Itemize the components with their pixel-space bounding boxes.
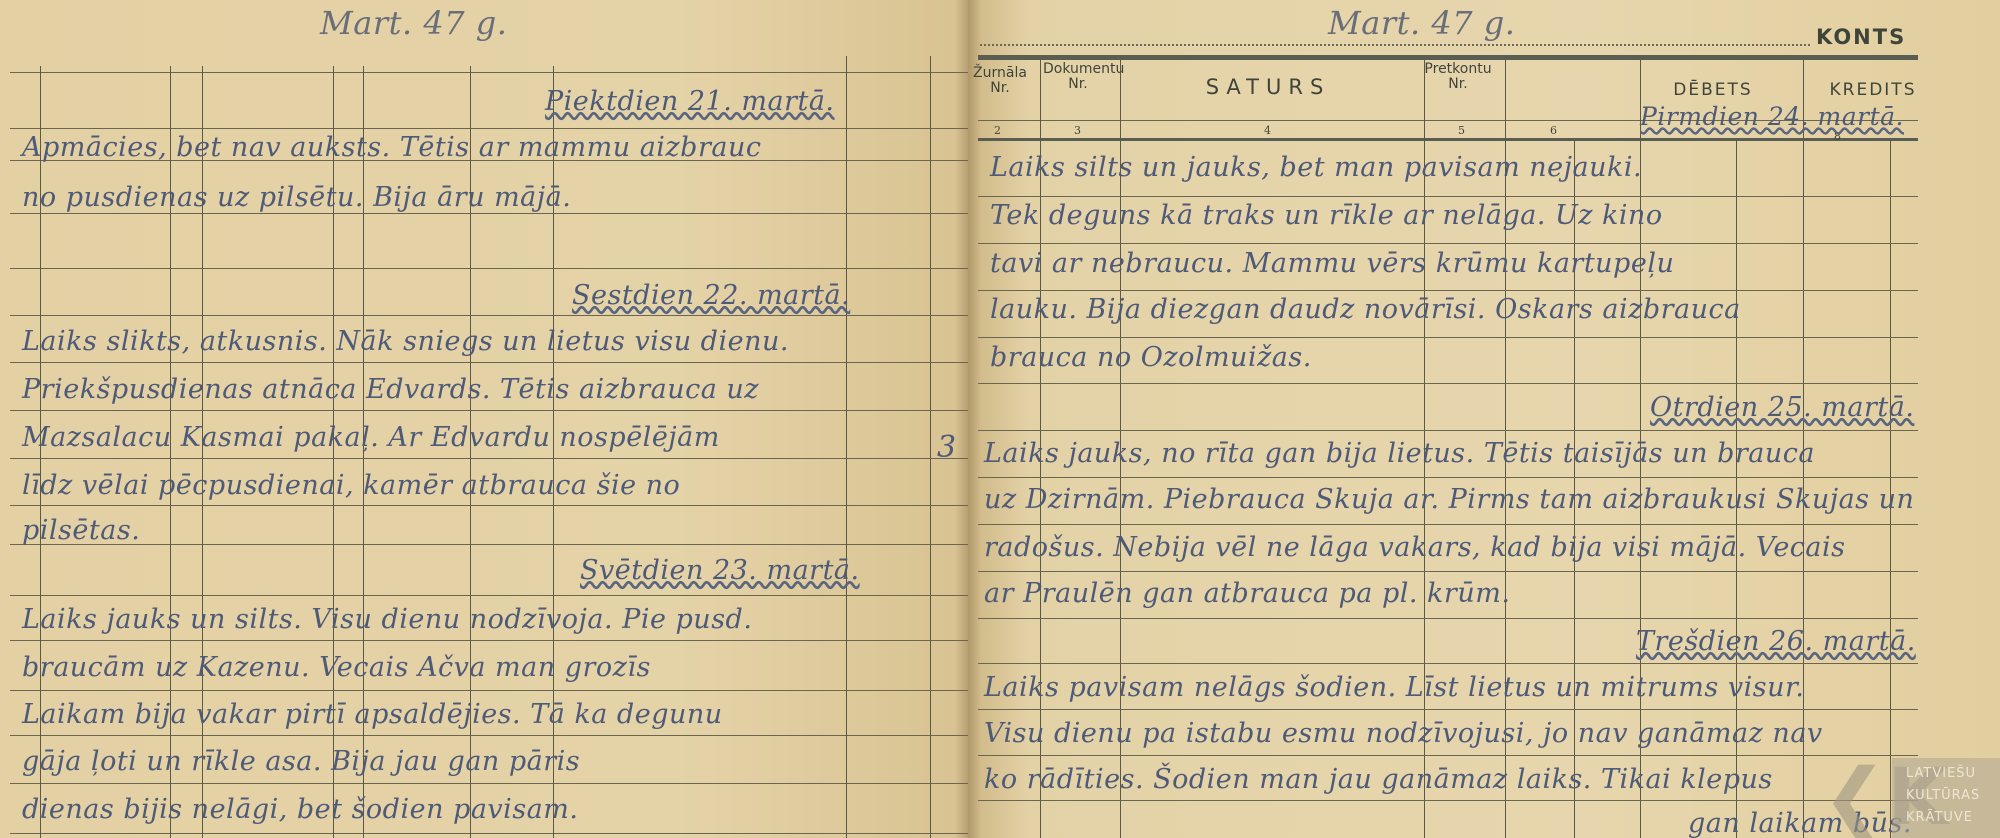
col-num: 4 <box>1264 124 1271 137</box>
title-dotted-line <box>980 44 1810 46</box>
rule <box>10 735 968 736</box>
book-gutter <box>955 0 981 838</box>
rule <box>978 477 1918 478</box>
col-header-kredits: KREDITS <box>1808 82 1938 100</box>
entry-line: brauca no Ozolmuižas. <box>990 342 1312 373</box>
rule <box>10 505 968 506</box>
entry-line: Laiks pavisam nelāgs šodien. Līst lietus… <box>984 672 1804 703</box>
entry-line: dienas bijis nelāgi, bet šodien pavisam. <box>22 794 578 825</box>
entry-line: ar Praulēn gan atbrauca pa pl. krūm. <box>984 578 1510 609</box>
header-bottom-rule <box>978 138 1918 141</box>
col-num: 6 <box>1550 124 1557 137</box>
column-rule <box>846 56 847 838</box>
rule <box>978 430 1918 431</box>
date-heading: Sestdien 22. martā. <box>572 280 850 311</box>
date-heading: Otrdien 25. martā. <box>1650 392 1914 423</box>
right-page-header: Mart. 47 g. <box>1328 4 1515 42</box>
entry-line: gāja ļoti un rīkle asa. Bija jau gan pār… <box>22 746 580 777</box>
entry-line: Visu dienu pa istabu esmu nodzīvojusi, j… <box>984 718 1823 749</box>
entry-line: ko rādīties. Šodien man jau ganāmaz laik… <box>984 764 1773 795</box>
entry-line: Laiks slikts, atkusnis. Nāk sniegs un li… <box>22 326 789 357</box>
entry-line: Tek deguns kā traks un rīkle ar nelāga. … <box>990 200 1663 231</box>
rule <box>10 640 968 641</box>
rule <box>10 213 968 214</box>
entry-line: Laiks jauks, no rīta gan bija lietus. Tē… <box>984 438 1815 469</box>
entry-line: radošus. Nebija vēl ne lāga vakars, kad … <box>984 532 1846 563</box>
date-heading: Svētdien 23. martā. <box>580 555 860 586</box>
watermark-line: LATVIEŠU <box>1906 766 1996 781</box>
column-rule <box>930 56 931 838</box>
rule <box>978 755 1918 756</box>
entry-line: no pusdienas uz pilsētu. Bija āru mājā. <box>22 182 571 213</box>
col-num: 5 <box>1458 124 1465 137</box>
watermark-line: KRĀTUVE <box>1906 810 1996 825</box>
rule <box>978 800 1918 801</box>
right-page: Mart. 47 g. KONTS Žurnāla Nr. Dokumentu … <box>968 0 2000 838</box>
rule <box>10 690 968 691</box>
col-num: 8 <box>1834 130 1841 143</box>
entry-line: Apmācies, bet nav auksts. Tētis ar mammu… <box>22 132 761 163</box>
col-header-saturs: SATURS <box>1118 76 1418 98</box>
rule <box>978 524 1918 525</box>
entry-line: braucām uz Kazenu. Vecais Ačva man grozī… <box>22 652 651 683</box>
rule <box>10 72 968 73</box>
rule <box>10 410 968 411</box>
rule <box>10 458 968 459</box>
rule <box>10 128 968 129</box>
rule <box>10 362 968 363</box>
entry-line: līdz vēlai pēcpusdienai, kamēr atbrauca … <box>22 470 680 501</box>
rule <box>978 618 1918 619</box>
margin-note: 3 <box>937 430 957 465</box>
rule <box>978 383 1918 384</box>
rule <box>10 595 968 596</box>
col-num: 3 <box>1074 124 1081 137</box>
rule <box>978 571 1918 572</box>
entry-line: uz Dzirnām. Piebrauca Skuja ar. Pirms ta… <box>984 484 1914 515</box>
entry-line: Priekšpusdienas atnāca Edvards. Tētis ai… <box>22 374 759 405</box>
date-heading: Pirmdien 24. martā. <box>1640 102 1904 131</box>
header-top-rule <box>978 55 1918 60</box>
entry-line: Mazsalacu Kasmai pakaļ. Ar Edvardu nospē… <box>22 422 720 453</box>
left-page-header: Mart. 47 g. <box>320 4 507 42</box>
rule <box>978 709 1918 710</box>
entry-line: pilsētas. <box>22 515 140 546</box>
rule <box>978 290 1918 291</box>
rule <box>978 663 1918 664</box>
rule <box>10 833 968 834</box>
rule <box>10 268 968 269</box>
col-header-debets: DĒBETS <box>1638 82 1788 100</box>
date-heading: Piektdien 21. martā. <box>545 86 835 117</box>
rule <box>10 544 968 545</box>
entry-line: tavi ar nebraucu. Mammu vērs krūmu kartu… <box>990 248 1674 279</box>
rule <box>978 337 1918 338</box>
col-header-pretkontu: Pretkontu Nr. <box>1423 62 1493 91</box>
rule <box>978 196 1918 197</box>
entry-line: Laikam bija vakar pirtī apsaldējies. Tā … <box>22 699 723 730</box>
ledger-title: KONTS <box>1816 26 1906 48</box>
rule <box>10 783 968 784</box>
rule <box>10 315 968 316</box>
rule <box>978 243 1918 244</box>
watermark-line: KULTŪRAS <box>1906 788 1996 803</box>
left-page: Mart. 47 g. Piektdien 21. martā. Apmācie… <box>0 0 968 838</box>
col-num: 2 <box>994 124 1001 137</box>
date-heading: Trešdien 26. martā. <box>1636 626 1916 657</box>
col-header-dokumentu: Dokumentu Nr. <box>1043 62 1113 91</box>
entry-line: Laiks silts un jauks, bet man pavisam ne… <box>990 152 1642 183</box>
entry-line: Laiks jauks un silts. Visu dienu nodzīvo… <box>22 604 752 635</box>
entry-line: lauku. Bija diezgan daudz novārīsi. Oska… <box>990 294 1741 325</box>
